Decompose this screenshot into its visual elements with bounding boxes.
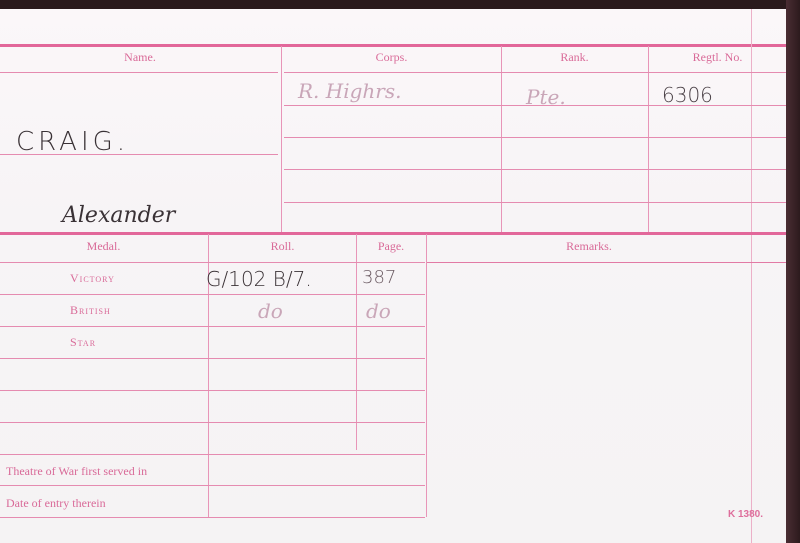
margin-line xyxy=(751,9,752,543)
roll-british-entry: do xyxy=(258,299,283,323)
form-code: K 1380. xyxy=(728,509,763,520)
divider-page-remarks xyxy=(426,234,427,517)
row-rule-3 xyxy=(284,137,786,138)
scan-background-edge xyxy=(786,0,800,543)
middle-rule xyxy=(0,232,786,235)
medal-rule-7 xyxy=(0,454,425,455)
row-rule-5 xyxy=(284,202,786,203)
divider-corps-rank xyxy=(501,46,502,232)
header-roll: Roll. xyxy=(210,239,355,254)
date-label: Date of entry therein xyxy=(6,496,106,511)
remarks-header-rule xyxy=(427,262,786,263)
header-rank: Rank. xyxy=(502,50,647,65)
divider-name-corps xyxy=(281,46,282,232)
rank-entry: Pte. xyxy=(526,85,566,109)
regtl-no-entry: 6306 xyxy=(662,83,713,107)
medal-rule-3 xyxy=(0,326,425,327)
medal-star-label: Star xyxy=(70,335,96,350)
surname-entry: CRAIG. xyxy=(16,127,129,157)
divider-roll-page xyxy=(356,234,357,450)
header-medal: Medal. xyxy=(0,239,207,254)
row-rule-4 xyxy=(284,169,786,170)
medal-rule-2 xyxy=(0,294,425,295)
header-regtl-no: Regtl. No. xyxy=(650,50,785,65)
page-british-entry: do xyxy=(366,299,391,323)
medal-rule-1 xyxy=(0,262,425,263)
medal-rule-4 xyxy=(0,358,425,359)
medal-british-label: British xyxy=(70,303,111,318)
forename-entry: Alexander xyxy=(62,203,175,228)
header-corps: Corps. xyxy=(283,50,500,65)
page-victory-entry: 387 xyxy=(362,267,396,288)
medal-rule-6 xyxy=(0,422,425,423)
medal-rule-5 xyxy=(0,390,425,391)
header-page: Page. xyxy=(357,239,425,254)
top-rule xyxy=(0,44,786,47)
roll-victory-entry: G/102 B/7. xyxy=(206,267,312,291)
header-name: Name. xyxy=(0,50,280,65)
header-remarks: Remarks. xyxy=(427,239,751,254)
medal-victory-label: Victory xyxy=(70,271,115,286)
theatre-label: Theatre of War first served in xyxy=(6,464,147,479)
medal-rule-9 xyxy=(0,517,425,518)
medal-index-card: Name. Corps. Rank. Regtl. No. CRAIG. Ale… xyxy=(0,9,786,543)
divider-rank-regtl xyxy=(648,46,649,232)
name-rule-1 xyxy=(0,72,278,73)
row-rule-1 xyxy=(284,72,786,73)
medal-rule-8 xyxy=(0,485,425,486)
date-value xyxy=(210,489,425,515)
corps-entry: R. Highrs. xyxy=(298,79,401,103)
theatre-value xyxy=(210,457,425,483)
